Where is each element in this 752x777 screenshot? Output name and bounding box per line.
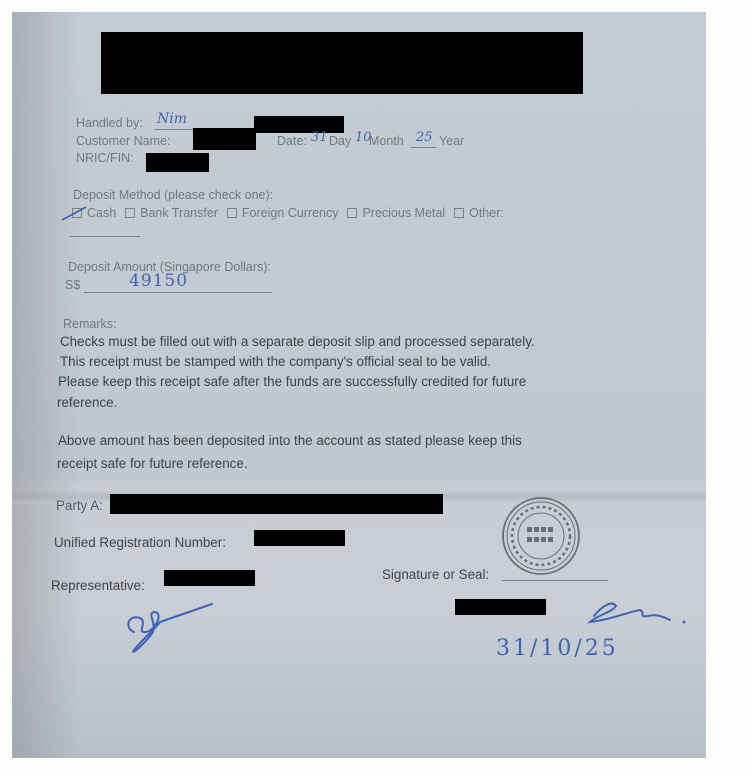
amount-line: [84, 292, 272, 293]
confirmation-line-2: receipt safe for future reference.: [57, 456, 248, 471]
option-bank-transfer[interactable]: Bank Transfer: [123, 206, 218, 220]
option-other[interactable]: Other:: [452, 206, 504, 220]
checkbox-other[interactable]: [454, 208, 464, 218]
remark-line-4: reference.: [57, 395, 117, 410]
signature-line: [502, 580, 608, 581]
checkbox-foreign-currency[interactable]: [227, 208, 237, 218]
date-label: Date:: [277, 134, 307, 148]
registration-label: Unified Registration Number:: [54, 535, 226, 550]
remark-line-2: This receipt must be stamped with the co…: [60, 354, 491, 369]
party-a-label: Party A:: [56, 498, 103, 513]
redacted-signatory: [455, 599, 546, 615]
redacted-customer-name: [193, 128, 256, 150]
deposit-method-heading: Deposit Method (please check one):: [73, 188, 273, 202]
remark-line-3: Please keep this receipt safe after the …: [58, 374, 526, 389]
year-line: [410, 147, 436, 148]
redacted-party-a: [110, 494, 443, 514]
date-day: 31: [311, 130, 328, 145]
signatory-signature-icon: [582, 592, 692, 632]
company-seal-icon: [500, 495, 582, 577]
nric-label: NRIC/FIN:: [76, 151, 134, 165]
redacted-registration: [254, 530, 345, 546]
representative-label: Representative:: [51, 578, 145, 593]
redacted-nric: [146, 153, 209, 172]
handled-by-value: Nim: [157, 111, 187, 127]
customer-name-label: Customer Name:: [76, 134, 170, 148]
option-foreign-currency[interactable]: Foreign Currency: [225, 206, 339, 220]
deposit-amount-value: 49150: [129, 271, 188, 291]
date-year: 25: [416, 130, 433, 145]
checkbox-precious-metal[interactable]: [347, 208, 357, 218]
redacted-representative: [164, 570, 255, 586]
day-label: Day: [329, 134, 351, 148]
signature-label: Signature or Seal:: [382, 567, 489, 582]
redacted-handler: [254, 116, 344, 133]
checkbox-bank-transfer[interactable]: [125, 208, 135, 218]
option-precious-metal[interactable]: Precious Metal: [345, 206, 445, 220]
other-line: [70, 236, 140, 237]
deposit-method-options: Cash Bank Transfer Foreign Currency Prec…: [70, 206, 504, 220]
month-label: Month: [369, 134, 404, 148]
receipt-photo: Handled by: Nim Customer Name: Date: 31 …: [12, 12, 706, 758]
currency-label: S$: [65, 278, 80, 292]
representative-signature-icon: [120, 600, 220, 660]
remarks-heading: Remarks:: [63, 317, 116, 331]
handwritten-date: 31/10/25: [496, 636, 619, 661]
cash-checkmark-icon: [60, 204, 88, 222]
year-label: Year: [439, 134, 464, 148]
confirmation-line-1: Above amount has been deposited into the…: [58, 433, 522, 448]
redacted-title: [101, 32, 583, 94]
remark-line-1: Checks must be filled out with a separat…: [60, 334, 535, 349]
handled-by-label: Handled by:: [76, 116, 143, 130]
